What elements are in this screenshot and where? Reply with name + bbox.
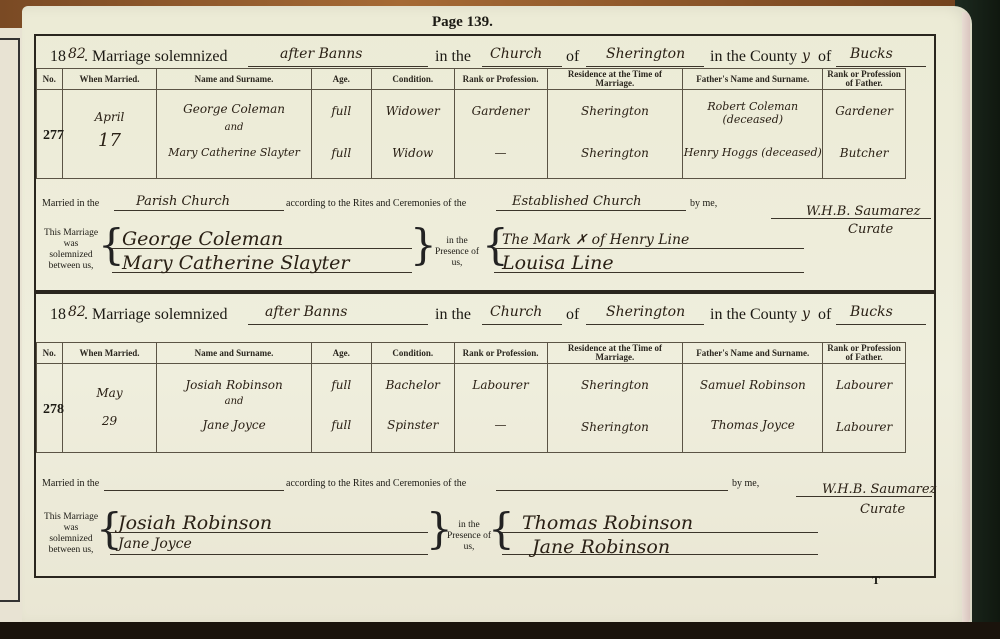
married-in-label: Married in the: [42, 478, 99, 489]
col-name: Name and Surname.: [157, 69, 311, 90]
col-condition: Condition.: [371, 343, 454, 364]
year-prefix: 18: [50, 306, 66, 324]
married-in-value: Parish Church: [136, 194, 230, 209]
col-father: Father's Name and Surname.: [683, 343, 823, 364]
bride-father-rank: Labourer: [823, 420, 905, 434]
bride-signature: Mary Catherine Slayter: [122, 252, 349, 274]
brace: {: [488, 508, 515, 550]
bride-condition: Widow: [372, 146, 454, 160]
by-me-label: by me,: [690, 198, 717, 209]
bride-rank: —: [455, 418, 547, 432]
officiant-signature: W.H.B. Saumarez: [806, 204, 920, 219]
and-text: and: [157, 396, 310, 407]
groom-father-rank: Labourer: [823, 378, 905, 392]
witness-2-signature: Jane Robinson: [532, 536, 670, 558]
groom-rank: Labourer: [455, 378, 547, 392]
entry-table: No. When Married. Name and Surname. Age.…: [36, 342, 906, 453]
year-prefix: 18: [50, 48, 66, 66]
bride-condition: Spinster: [372, 418, 454, 432]
marriage-solemnized-label: . Marriage solemnized: [84, 48, 228, 66]
in-the-county-label: in the County: [710, 306, 797, 324]
brace: {: [98, 224, 125, 266]
presence-label: in the Presence of us,: [432, 236, 482, 269]
month: April: [63, 110, 157, 124]
col-name: Name and Surname.: [157, 343, 311, 364]
according-label: according to the Rites and Ceremonies of…: [286, 198, 466, 209]
bride-father-rank: Butcher: [823, 146, 905, 160]
col-when-married: When Married.: [62, 69, 157, 90]
solemnized-label: This Marriage was solemnized between us,: [42, 228, 100, 272]
entry-footer: Married in the Parish Church according t…: [36, 190, 934, 290]
groom-father-rank: Gardener: [823, 104, 905, 118]
officiant-title: Curate: [860, 502, 905, 517]
bride-father: Henry Hoggs (deceased): [683, 146, 822, 159]
county-suffix: y: [802, 48, 810, 64]
entry-number: 278: [43, 402, 64, 418]
col-rank: Rank or Profession.: [454, 343, 547, 364]
county-suffix: y: [802, 306, 810, 322]
groom-father: Robert Coleman (deceased): [683, 100, 822, 126]
groom-age: full: [312, 104, 371, 118]
col-when-married: When Married.: [62, 343, 157, 364]
groom-rank: Gardener: [455, 104, 547, 118]
col-residence: Residence at the Time of Marriage.: [547, 69, 683, 90]
groom-condition: Widower: [372, 104, 454, 118]
marriage-solemnized-label: . Marriage solemnized: [84, 306, 228, 324]
col-condition: Condition.: [371, 69, 454, 90]
col-no: No.: [37, 343, 63, 364]
groom-residence: Sherington: [548, 104, 683, 118]
county: Bucks: [850, 46, 893, 62]
col-father: Father's Name and Surname.: [683, 69, 823, 90]
bride-rank: —: [455, 146, 547, 160]
presence-label: in the Presence of us,: [444, 520, 494, 553]
bride-age: full: [312, 146, 371, 160]
groom-age: full: [312, 378, 371, 392]
by-me-label: by me,: [732, 478, 759, 489]
bride-residence: Sherington: [548, 146, 683, 160]
witness-1-signature: The Mark ✗ of Henry Line: [502, 232, 689, 248]
county-of-label: of: [818, 306, 831, 324]
bride-father: Thomas Joyce: [683, 418, 822, 432]
bride-residence: Sherington: [548, 420, 683, 434]
bride-name: Jane Joyce: [157, 418, 310, 432]
marriage-entry-278: 18 82 . Marriage solemnized after Banns …: [34, 292, 936, 578]
col-rank: Rank or Profession.: [454, 69, 547, 90]
col-father-rank: Rank or Profession of Father.: [823, 343, 906, 364]
rites-value: Established Church: [512, 194, 642, 209]
county: Bucks: [850, 304, 893, 320]
of-label: of: [566, 48, 579, 66]
table-row: 277 April 17 George Coleman and Mary Cat…: [37, 90, 906, 179]
footer-mark: T: [872, 573, 880, 588]
col-no: No.: [37, 69, 63, 90]
entry-table: No. When Married. Name and Surname. Age.…: [36, 68, 906, 179]
officiant-signature: W.H.B. Saumarez: [822, 482, 936, 497]
groom-father: Samuel Robinson: [683, 378, 822, 392]
groom-name: Josiah Robinson: [157, 378, 310, 392]
entry-header: 18 82 . Marriage solemnized after Banns …: [50, 302, 920, 326]
entry-header: 18 82 . Marriage solemnized after Banns …: [50, 44, 920, 68]
entry-number: 277: [43, 128, 64, 144]
of-label: of: [566, 306, 579, 324]
day: 29: [63, 414, 157, 428]
month: May: [63, 386, 157, 400]
marriage-entry-277: 18 82 . Marriage solemnized after Banns …: [34, 34, 936, 292]
manner: after Banns: [280, 46, 362, 62]
solemnized-label: This Marriage was solemnized between us,: [42, 512, 100, 556]
and-text: and: [157, 122, 310, 133]
col-age: Age.: [311, 343, 371, 364]
married-in-label: Married in the: [42, 198, 99, 209]
groom-signature: George Coleman: [122, 228, 283, 250]
in-the-label: in the: [435, 306, 471, 324]
col-age: Age.: [311, 69, 371, 90]
bride-signature: Jane Joyce: [118, 536, 192, 552]
day: 17: [63, 130, 157, 151]
witness-1-signature: Thomas Robinson: [522, 512, 693, 534]
witness-2-signature: Louisa Line: [502, 252, 614, 274]
in-the-county-label: in the County: [710, 48, 797, 66]
parish: Sherington: [606, 46, 685, 62]
county-of-label: of: [818, 48, 831, 66]
entry-footer: Married in the according to the Rites an…: [36, 470, 934, 574]
col-residence: Residence at the Time of Marriage.: [547, 343, 683, 364]
groom-residence: Sherington: [548, 378, 683, 392]
parish: Sherington: [606, 304, 685, 320]
officiant-title: Curate: [848, 222, 893, 237]
according-label: according to the Rites and Ceremonies of…: [286, 478, 466, 489]
manner: after Banns: [265, 304, 347, 320]
groom-name: George Coleman: [157, 102, 310, 116]
place-type: Church: [490, 304, 542, 320]
groom-signature: Josiah Robinson: [118, 512, 272, 534]
table-row: 278 May 29 Josiah Robinson and Jane Joyc…: [37, 364, 906, 453]
page-number: Page 139.: [432, 14, 493, 31]
place-type: Church: [490, 46, 542, 62]
bride-name: Mary Catherine Slayter: [157, 146, 310, 159]
in-the-label: in the: [435, 48, 471, 66]
groom-condition: Bachelor: [372, 378, 454, 392]
col-father-rank: Rank or Profession of Father.: [823, 69, 906, 90]
book-bottom-shadow: [0, 622, 1000, 639]
bride-age: full: [312, 418, 371, 432]
page-stack-edge: [962, 12, 970, 624]
